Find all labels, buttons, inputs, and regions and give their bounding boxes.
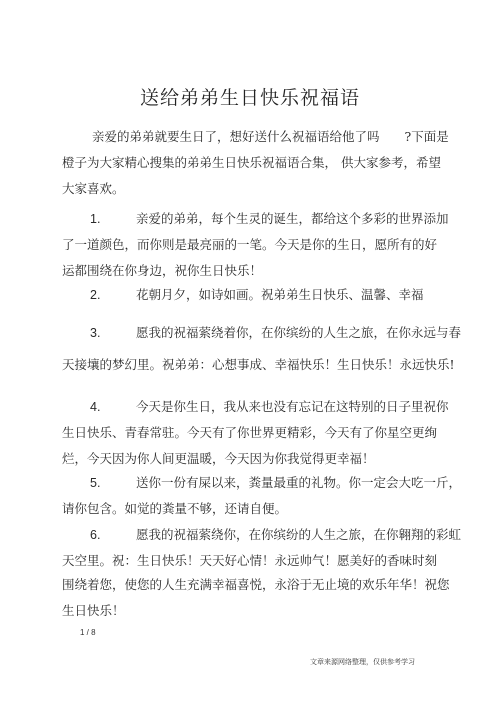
item-text: 愿我的祝福萦绕着你，在你缤纷的人生之旅，在你永远与春: [136, 325, 461, 340]
wish-item-2: 2.花朝月夕，如诗如画。祝弟弟生日快乐、温馨、幸福: [62, 282, 422, 308]
item-number: 5.: [90, 470, 136, 496]
footer-note: 文章来源网络整理，仅供参考学习: [310, 657, 415, 667]
wish-item-6-continuation: 围绕着您，使您的人生充满幸福喜悦，永浴于无止境的欢乐年华！祝您 生日快乐！: [62, 572, 422, 624]
item-text: 烂，今天因为你人间更温暖，今天因为你我觉得更幸福！: [62, 446, 422, 472]
item-text: 愿我的祝福萦绕你，在你缤纷的人生之旅，在你翱翔的彩虹: [136, 527, 461, 542]
item-text: 围绕着您，使您的人生充满幸福喜悦，永浴于无止境的欢乐年华！祝您: [62, 572, 422, 598]
intro-line: 橙子为大家精心搜集的弟弟生日快乐祝福语合集， 供大家参考，希望: [62, 150, 422, 176]
intro-line: 亲爱的弟弟就要生日了，想好送什么祝福语给他了吗 ?下面是: [92, 124, 422, 150]
item-number: 3.: [90, 320, 136, 346]
document-title: 送给弟弟生日快乐祝福语: [0, 83, 500, 110]
item-text: 生日快乐、青春常驻。今天有了你世界更精彩，今天有了你星空更绚: [62, 420, 422, 446]
item-number: 4.: [90, 394, 136, 420]
item-number: 6.: [90, 522, 136, 548]
item-text: 天空里。祝：生日快乐！天天好心情！永远帅气！愿美好的香味时刻: [62, 548, 422, 574]
item-text: 花朝月夕，如诗如画。祝弟弟生日快乐、温馨、幸福: [136, 287, 424, 302]
item-text: 了一道颜色，而你则是最亮丽的一笔。今天是你的生日，愿所有的好: [62, 232, 422, 258]
item-text: 运都围绕在你身边，祝你生日快乐！: [62, 258, 422, 284]
item-text: 亲爱的弟弟，每个生灵的诞生，都给这个多彩的世界添加: [136, 211, 449, 226]
item-number: 1.: [90, 206, 136, 232]
item-text: 请你包含。如觉的粪量不够，还请自便。: [62, 496, 422, 522]
wish-item-4: 4.今天是你生日，我从来也没有忘记在这特别的日子里祝你 生日快乐、青春常驻。今天…: [62, 394, 422, 472]
wish-item-1: 1.亲爱的弟弟，每个生灵的诞生，都给这个多彩的世界添加 了一道颜色，而你则是最亮…: [62, 206, 422, 284]
item-text: 天接壤的梦幻里。祝弟弟：心想事成、幸福快乐！生日快乐！永远快乐!: [62, 352, 422, 378]
wish-item-3: 3.愿我的祝福萦绕着你，在你缤纷的人生之旅，在你永远与春 天接壤的梦幻里。祝弟弟…: [62, 320, 422, 378]
item-text: 今天是你生日，我从来也没有忘记在这特别的日子里祝你: [136, 399, 449, 414]
item-text: 送你一份有屎以来，粪量最重的礼物。你一定会大吃一斤，: [136, 475, 461, 490]
item-text: 生日快乐！: [62, 598, 422, 624]
wish-item-5: 5.送你一份有屎以来，粪量最重的礼物。你一定会大吃一斤， 请你包含。如觉的粪量不…: [62, 470, 422, 522]
item-number: 2.: [90, 282, 136, 308]
page-number: 1 / 8: [80, 628, 96, 637]
intro-paragraph: 亲爱的弟弟就要生日了，想好送什么祝福语给他了吗 ?下面是 橙子为大家精心搜集的弟…: [62, 124, 422, 202]
wish-item-6: 6.愿我的祝福萦绕你，在你缤纷的人生之旅，在你翱翔的彩虹 天空里。祝：生日快乐！…: [62, 522, 422, 574]
intro-line: 大家喜欢。: [62, 176, 422, 202]
